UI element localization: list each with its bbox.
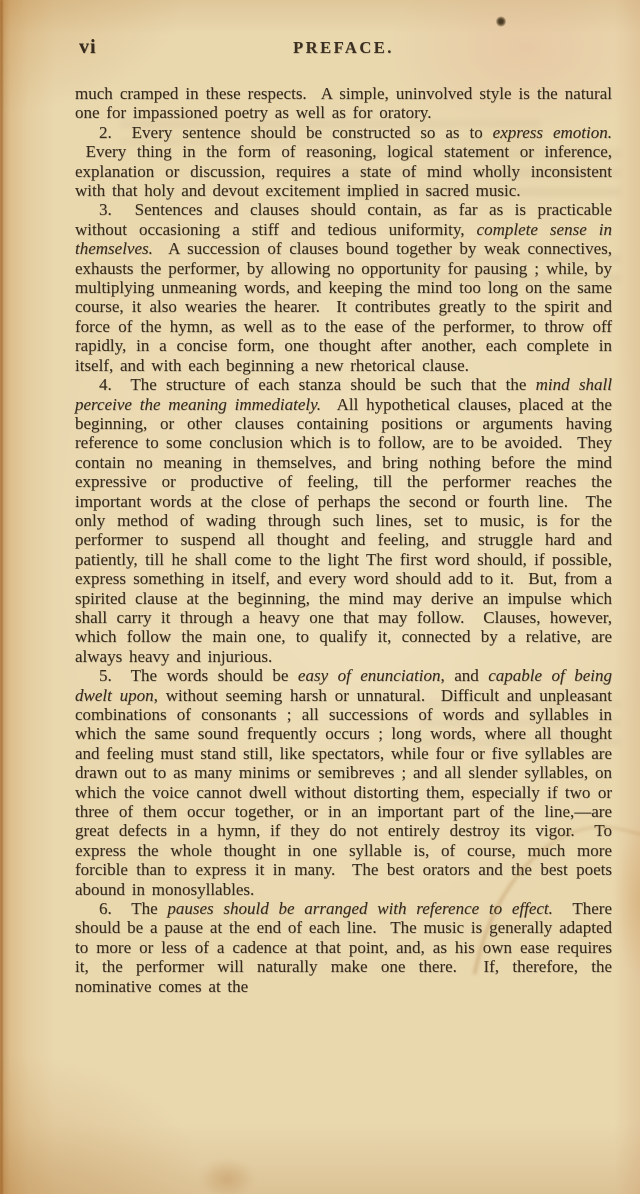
page-background: vi PREFACE. much cramped in these respec… bbox=[0, 0, 640, 1194]
text-run: 4. The structure of each stanza should b… bbox=[99, 375, 536, 394]
paragraph: much cramped in these respects. A simple… bbox=[75, 84, 612, 123]
scanned-document: { "colors": { "paper": "#e9d7ae", "ink":… bbox=[0, 0, 640, 1194]
italic-text-run: easy of enunciation bbox=[298, 666, 441, 685]
text-run: A succession of clauses bound together b… bbox=[75, 239, 612, 374]
paragraph: 2. Every sentence should be constructed … bbox=[75, 123, 612, 201]
italic-text-run: express emotion. bbox=[493, 123, 612, 142]
page-body: much cramped in these respects. A simple… bbox=[75, 84, 612, 996]
text-run: All hypothetical clauses, placed at the … bbox=[75, 395, 612, 666]
text-run: , and bbox=[441, 666, 489, 685]
text-run: much cramped in these respects. A simple… bbox=[75, 84, 612, 122]
text-run: , without seeming harsh or unnatural. Di… bbox=[75, 686, 612, 899]
paragraph: 5. The words should be easy of enunciati… bbox=[75, 666, 612, 899]
text-run: 5. The words should be bbox=[99, 666, 298, 685]
ink-speck bbox=[496, 16, 506, 27]
italic-text-run: pauses should be arranged with reference… bbox=[167, 899, 553, 918]
running-title: PREFACE. bbox=[75, 38, 612, 58]
paragraph: 3. Sentences and clauses should contain,… bbox=[75, 200, 612, 375]
paragraph: 4. The structure of each stanza should b… bbox=[75, 375, 612, 666]
text-run: 6. The bbox=[99, 899, 167, 918]
text-run: 2. Every sentence should be constructed … bbox=[99, 123, 493, 142]
text-run: Every thing in the form of reasoning, lo… bbox=[75, 142, 612, 200]
stain bbox=[198, 1158, 256, 1194]
page-edge-shading bbox=[0, 0, 3, 1194]
page-header: vi PREFACE. bbox=[75, 36, 612, 60]
paragraph: 6. The pauses should be arranged with re… bbox=[75, 899, 612, 996]
